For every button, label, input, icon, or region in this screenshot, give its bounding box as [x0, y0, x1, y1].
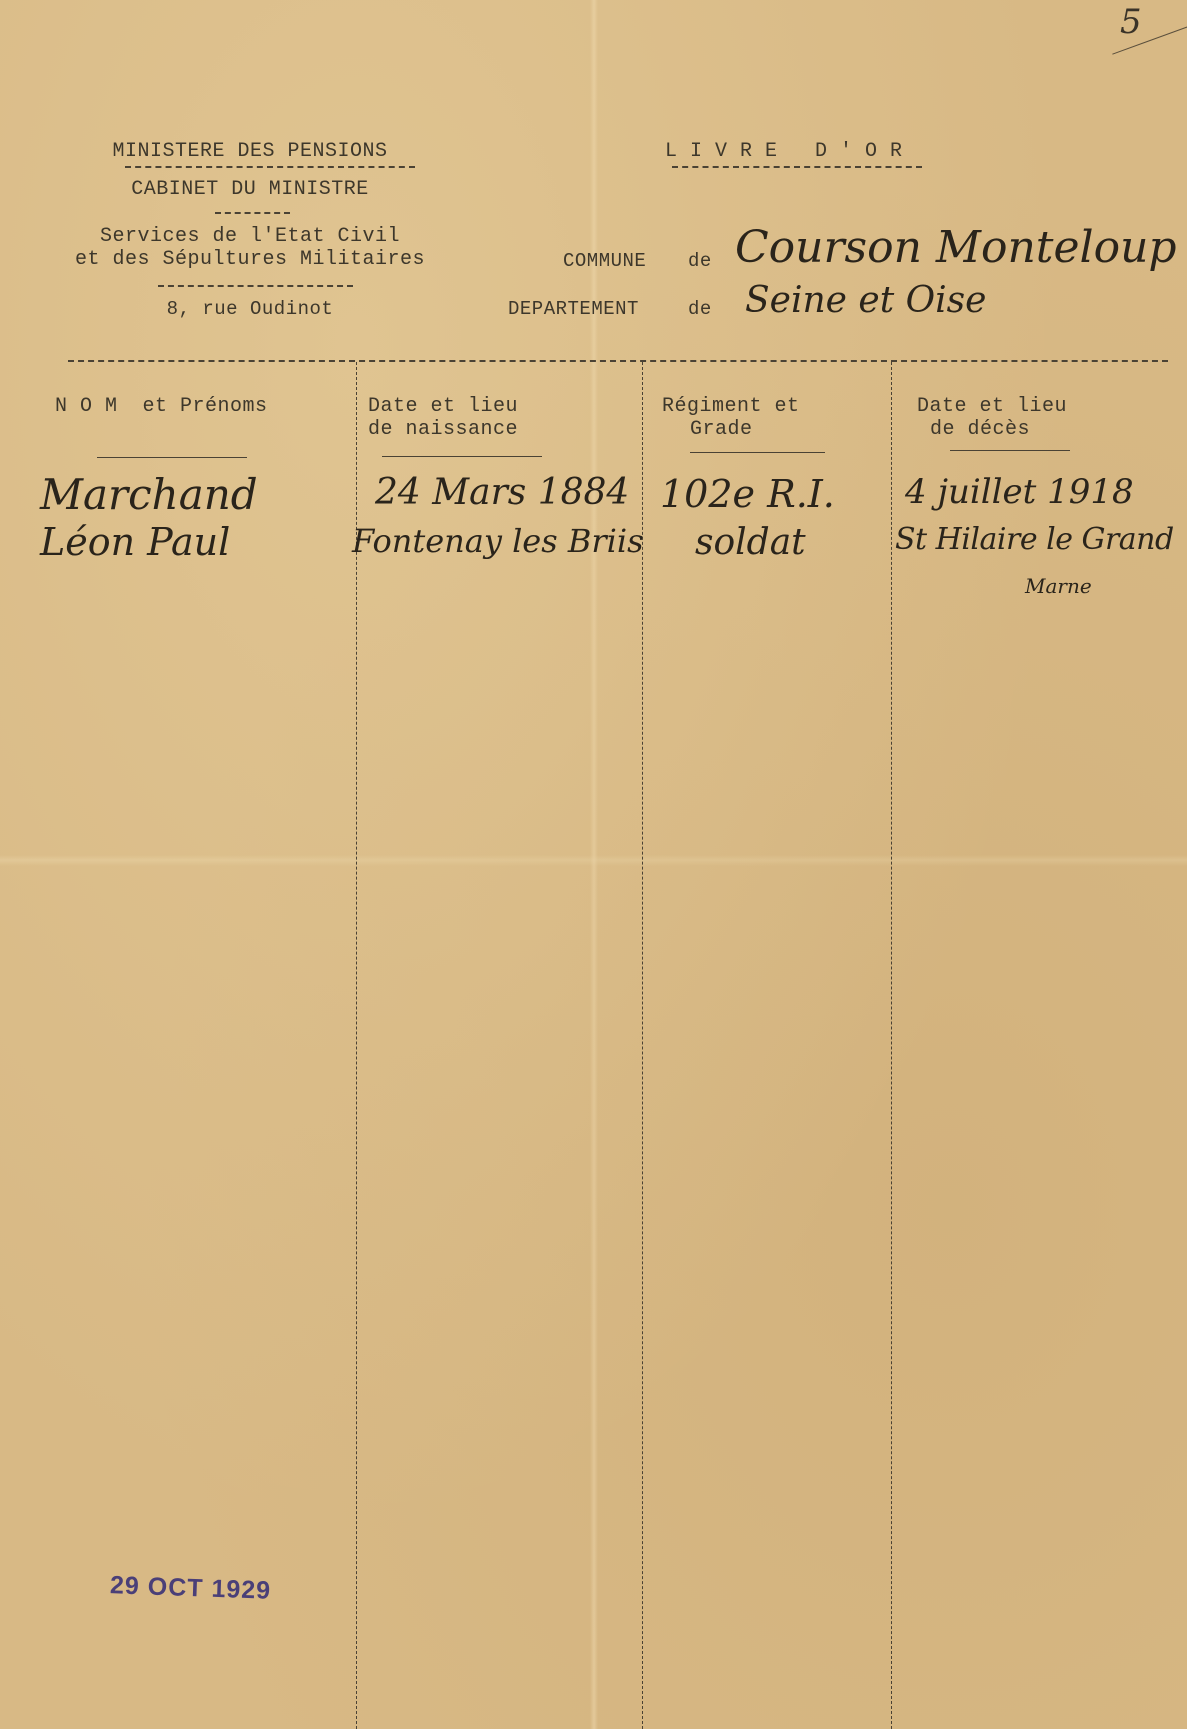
cabinet-title: CABINET DU MINISTRE: [80, 178, 420, 201]
row-nom: Marchand: [40, 470, 258, 519]
column-header-deces-underline: [950, 450, 1070, 451]
column-header-regiment-1: Régiment et: [662, 395, 800, 418]
commune-value: Courson Monteloup: [735, 222, 1177, 273]
column-header-deces-1: Date et lieu: [917, 395, 1067, 418]
departement-de: de: [688, 298, 712, 320]
ministry-title: MINISTERE DES PENSIONS: [80, 140, 420, 163]
column-header-naissance-1: Date et lieu: [368, 395, 518, 418]
service-divider: [158, 285, 353, 287]
service-line1: Services de l'Etat Civil: [60, 225, 440, 248]
column-header-naissance-2: de naissance: [368, 418, 518, 441]
page-number: 5: [1120, 2, 1142, 42]
cabinet-divider: [215, 212, 290, 214]
column-header-nom-underline: [97, 457, 247, 458]
column-separator-3: [891, 362, 892, 1729]
livre-dor-title: L I V R E D ' O R: [665, 140, 903, 163]
row-deces-lieu: St Hilaire le Grand: [895, 522, 1174, 557]
row-deces-dept: Marne: [1025, 574, 1092, 598]
column-separator-2: [642, 362, 643, 1729]
commune-label: COMMUNE: [563, 250, 646, 272]
table-top-rule: [68, 360, 1168, 362]
commune-de: de: [688, 250, 712, 272]
column-header-regiment-2: Grade: [690, 418, 753, 441]
column-separator-1: [356, 362, 357, 1729]
received-date-stamp: 29 OCT 1929: [110, 1571, 272, 1606]
ministry-underline: [125, 166, 415, 168]
row-regiment: 102e R.I.: [660, 472, 835, 516]
column-header-regiment-underline: [690, 452, 825, 453]
row-naissance-date: 24 Mars 1884: [375, 472, 629, 513]
row-prenoms: Léon Paul: [40, 520, 230, 564]
row-grade: soldat: [695, 522, 806, 563]
departement-value: Seine et Oise: [745, 280, 986, 321]
service-line2: et des Sépultures Militaires: [40, 248, 460, 271]
column-header-naissance-underline: [382, 456, 542, 457]
row-naissance-lieu: Fontenay les Briis: [352, 522, 644, 560]
row-deces-date: 4 juillet 1918: [905, 472, 1134, 512]
departement-label: DEPARTEMENT: [508, 298, 639, 320]
address: 8, rue Oudinot: [100, 298, 400, 320]
livre-dor-underline: [672, 166, 922, 168]
column-header-deces-2: de décès: [930, 418, 1030, 441]
column-header-nom: N O M et Prénoms: [55, 395, 268, 418]
